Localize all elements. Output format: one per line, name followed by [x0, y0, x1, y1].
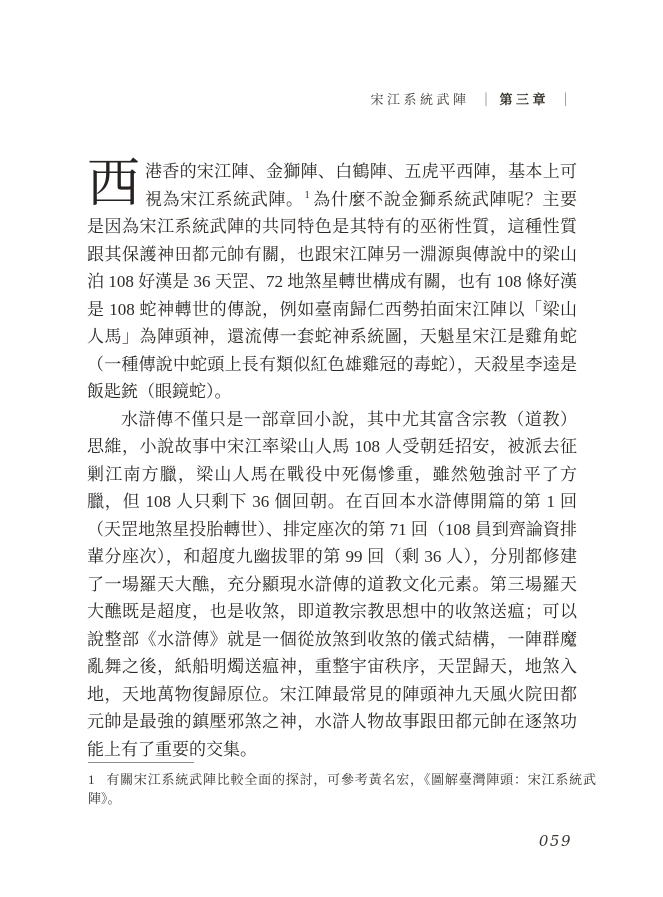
footnote-reference-superscript: 1 — [305, 190, 310, 201]
paragraph-1: 西港香的宋江陣、金獅陣、白鶴陣、五虎平西陣，基本上可視為宋江系統武陣。1為什麼不… — [87, 158, 577, 406]
body-text-block: 西港香的宋江陣、金獅陣、白鶴陣、五虎平西陣，基本上可視為宋江系統武陣。1為什麼不… — [87, 158, 577, 763]
footnote-separator-rule — [88, 762, 194, 763]
footnote: 1有關宋江系統武陣比較全面的探討，可參考黃名宏，《圖解臺灣陣頭：宋江系統武陣》。 — [88, 770, 596, 808]
book-page: 宋江系統武陣｜第三章｜ 西港香的宋江陣、金獅陣、白鶴陣、五虎平西陣，基本上可視為… — [0, 0, 663, 897]
running-head-divider: ｜ — [479, 89, 492, 109]
running-head-section-title: 宋江系統武陣 — [370, 92, 469, 107]
footnote-number: 1 — [88, 770, 95, 789]
running-head-divider-end: ｜ — [559, 89, 572, 109]
running-head-chapter-number: 第三章 — [499, 92, 549, 107]
paragraph-1-text-after-footnote: 為什麼不說金獅系統武陣呢？主要是因為宋江系統武陣的共同特色是其特有的巫術性質，這… — [87, 190, 577, 402]
page-number: 059 — [0, 832, 572, 850]
running-head: 宋江系統武陣｜第三章｜ — [0, 89, 579, 108]
paragraph-2: 水滸傳不僅只是一部章回小說，其中尤其富含宗教（道教）思維，小說故事中宋江率梁山人… — [87, 406, 577, 764]
footnote-text: 有關宋江系統武陣比較全面的探討，可參考黃名宏，《圖解臺灣陣頭：宋江系統武陣》。 — [88, 772, 596, 806]
drop-cap: 西 — [87, 158, 137, 213]
